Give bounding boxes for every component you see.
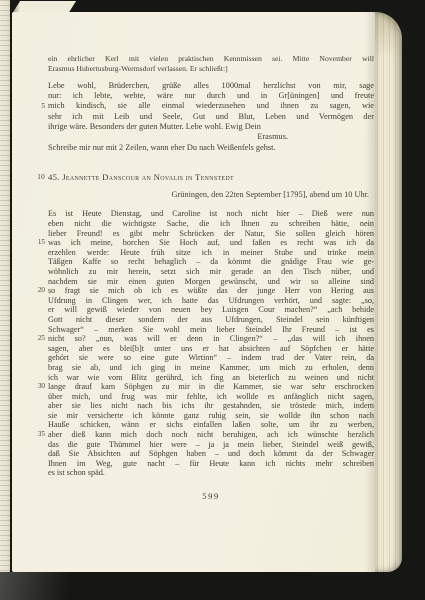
body-line: Ihnen im Weg, gute nacht – für Heute kan… — [48, 459, 374, 469]
body-line: gehört sie were so eine gute Wirtinn“ – … — [48, 353, 374, 363]
line-number: 30 — [31, 382, 45, 392]
body-line: Schwager“ – merken Sie wohl mein lieber … — [48, 325, 374, 335]
letter-45-body: Es ist Heute Dienstag, und Caroline ist … — [48, 209, 374, 478]
postscript: Schreibe mir nur mit 2 Zeilen, wann eher… — [48, 143, 374, 153]
page-number: 599 — [48, 491, 374, 501]
body-line: er will gewiß wieder von neuen bey Luisg… — [48, 305, 374, 315]
body-line-text: nicht so? „nun, was will er denn in Clin… — [48, 334, 374, 343]
body-line: eben nicht die wichtigste Sache, die ich… — [48, 219, 374, 229]
letter-line: nur: ich lebte, webte, wäre nur durch un… — [48, 91, 374, 101]
body-line: Ufdrung in Clingen wer, ich hatte das Uf… — [48, 296, 374, 306]
letter-line: ihrige wäre. Besonders der guten Mutter.… — [48, 122, 374, 132]
letter-line: 5mich kindisch, sie alle einmal wiederzu… — [48, 101, 374, 111]
signature: Erasmus. — [48, 132, 374, 142]
body-line: es ist schon späd. — [48, 468, 374, 478]
dateline: Grüningen, den 22ten September [1795], a… — [48, 190, 374, 200]
body-line: Täßgen Kaffe so recht behaglich – da köm… — [48, 257, 374, 267]
letter-line-text: mich kindisch, sie alle einmal wiederzus… — [48, 101, 374, 110]
editorial-note-line: Erasmus Hubertusburg-Wermsdorf verlassen… — [48, 64, 374, 74]
line-number: 15 — [31, 238, 45, 248]
body-line: sie mir versicherte ich könnte ganz ruhi… — [48, 411, 374, 421]
body-line: Es ist Heute Dienstag, und Caroline ist … — [48, 209, 374, 219]
letter-heading: 1045. Jeannette Danscour an Novalis in T… — [48, 172, 374, 183]
body-line: lieber Freund! es gibt mehr Schröcken de… — [48, 229, 374, 239]
body-line: 20so fragt sie mich ob ich es wüßte das … — [48, 286, 374, 296]
body-line-text: so fragt sie mich ob ich es wüßte das de… — [48, 286, 374, 295]
line-number: 20 — [31, 286, 45, 296]
body-line: Gott nicht dieser sondern der aus Ufdrun… — [48, 315, 374, 325]
book-page: ein ehrlicher Kerl mit vielen praktische… — [12, 12, 402, 572]
letter-heading-text: 45. Jeannette Danscour an Novalis in Ten… — [48, 172, 234, 182]
body-line: aber sie lies nicht nach bis ichs ihr ge… — [48, 401, 374, 411]
body-line: ich war wie vom Blitz gerührd, ich fing … — [48, 373, 374, 383]
body-line-text: lange drauf kam Söphgen zu mir in die Ka… — [48, 382, 374, 391]
body-line: nachdem sie mir einen guten Morgen gewün… — [48, 277, 374, 287]
fore-edge — [375, 12, 402, 572]
body-line: 15was ich meine, horchen Sie Hoch auf, u… — [48, 238, 374, 248]
body-line: 25nicht so? „nun, was will er denn in Cl… — [48, 334, 374, 344]
body-line: daß Sie Absichten auf Söphgen haben – un… — [48, 449, 374, 459]
letter-line: sehr ich mit Leib und Seele, Gut und Blu… — [48, 112, 374, 122]
table-surface-wedge — [0, 572, 90, 600]
facing-page-strip — [0, 0, 10, 587]
editorial-note-line: ein ehrlicher Kerl mit vielen praktische… — [48, 54, 374, 64]
letter-44-closing: Lebe wohl, Brüderchen, grüße alles 1000m… — [48, 81, 374, 153]
body-line: 30lange drauf kam Söphgen zu mir in die … — [48, 382, 374, 392]
body-line: 35aber dieß kann mich doch noch nicht be… — [48, 430, 374, 440]
text-block: ein ehrlicher Kerl mit vielen praktische… — [48, 54, 374, 501]
body-line-text: was ich meine, horchen Sie Hoch auf, und… — [48, 238, 374, 247]
body-line: wöhnlich zu mir herein, setzt sich mir g… — [48, 267, 374, 277]
body-line: Hauße schicken, wänn er sichs einfallen … — [48, 420, 374, 430]
photo-backdrop: { "colors": { "backdrop": "#161614", "pa… — [0, 0, 425, 600]
line-number: 25 — [31, 334, 45, 344]
body-line: das die gute Thümmel hier were – ja ja m… — [48, 440, 374, 450]
body-line-text: aber dieß kann mich doch noch nicht beru… — [48, 430, 374, 439]
line-number: 5 — [31, 101, 45, 111]
body-line: brag sie ab, und ich ging in meine Kamme… — [48, 363, 374, 373]
line-number: 35 — [31, 430, 45, 440]
body-line: sagen, aber es blei[b]t unter uns er hat… — [48, 344, 374, 354]
body-line: erzehlen werde: Heute früh sitze ich in … — [48, 248, 374, 258]
body-line: über mich, und frug was mir fehlte, ich … — [48, 392, 374, 402]
letter-line: Lebe wohl, Brüderchen, grüße alles 1000m… — [48, 81, 374, 91]
line-number: 10 — [31, 172, 45, 183]
